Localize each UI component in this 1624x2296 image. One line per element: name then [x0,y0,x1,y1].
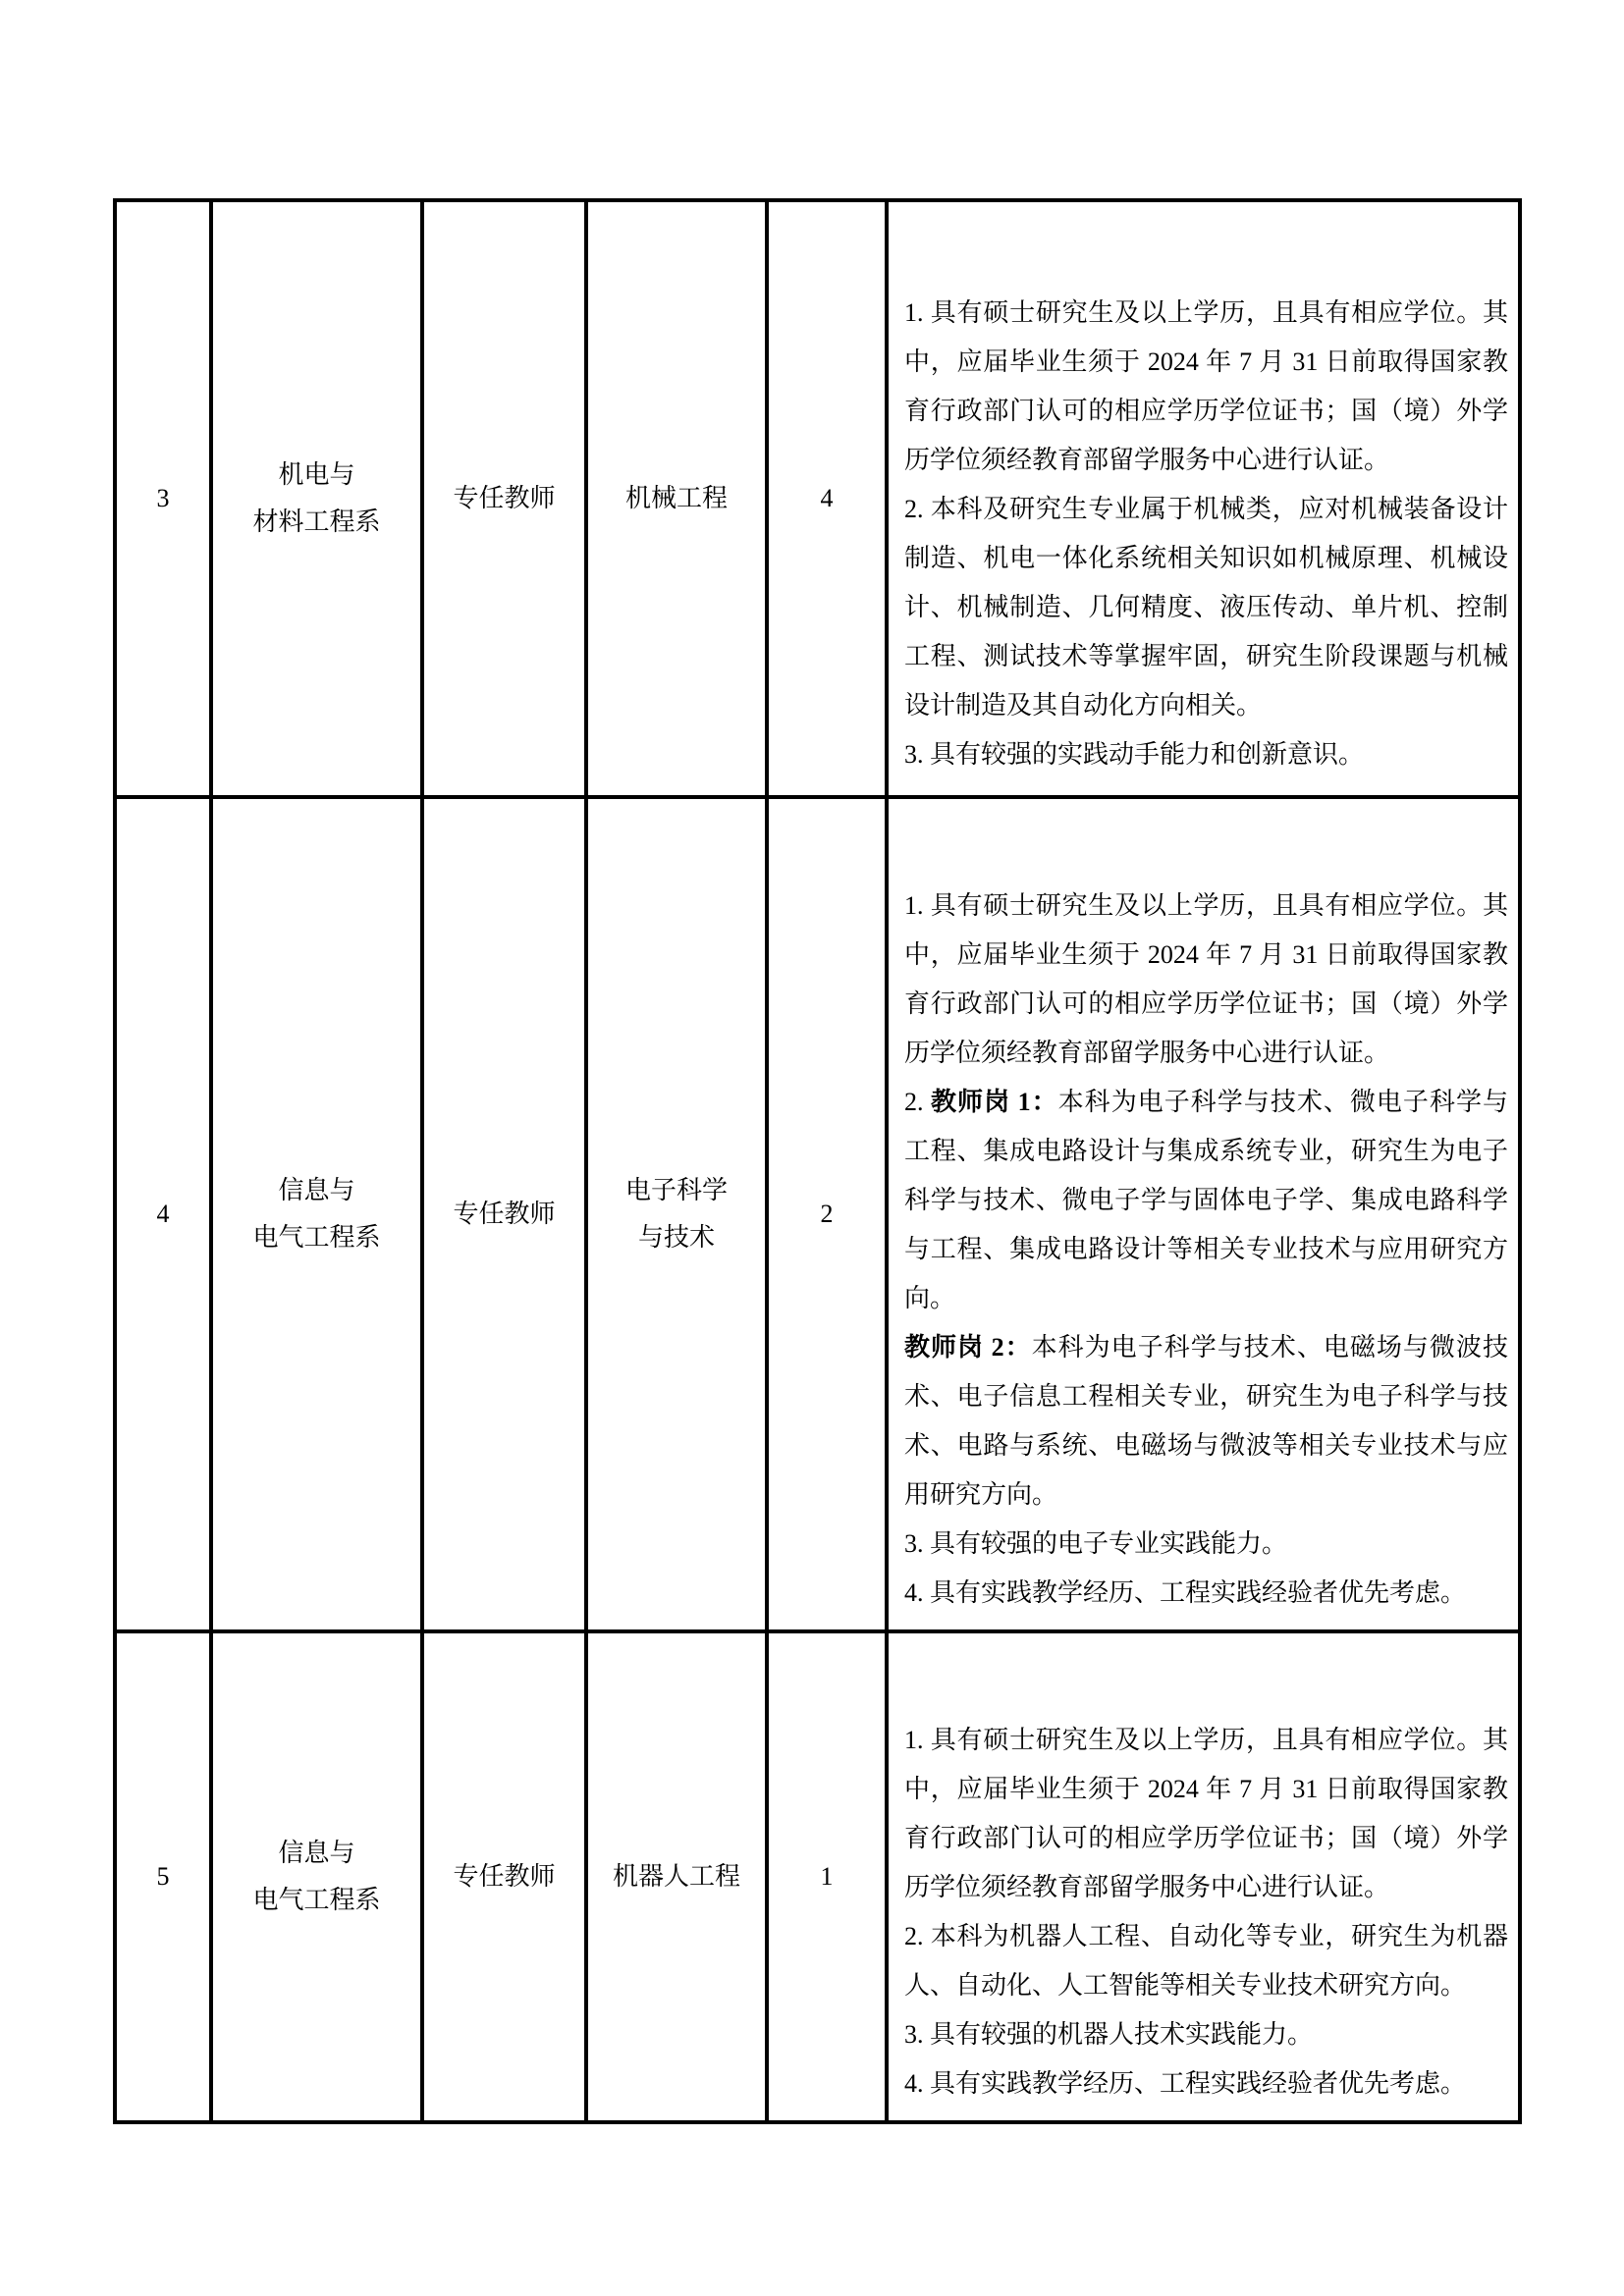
text-segment: 1. 具有硕士研究生及以上学历，且具有相应学位。其中，应届毕业生须于 2024 … [904,1726,1508,1901]
major-cell: 机械工程 [586,200,767,797]
count-cell: 1 [767,1631,887,2122]
position-cell: 专任教师 [422,797,586,1631]
row-number-cell: 5 [115,1631,211,2122]
requirement-paragraph: 教师岗 2：本科为电子科学与技术、电磁场与微波技术、电子信息工程相关专业，研究生… [904,1323,1508,1520]
text-segment: 4. 具有实践教学经历、工程实践经验者优先考虑。 [904,1578,1466,1607]
recruitment-table: 3 机电与材料工程系 专任教师 机械工程 4 1. 具有硕士研究生及以上学历，且… [113,198,1522,2124]
text-segment: 3. 具有较强的机器人技术实践能力。 [904,2020,1313,2049]
table-row: 3 机电与材料工程系 专任教师 机械工程 4 1. 具有硕士研究生及以上学历，且… [115,200,1520,797]
requirement-paragraph: 3. 具有较强的电子专业实践能力。 [904,1520,1508,1569]
department-cell: 机电与材料工程系 [211,200,422,797]
requirement-paragraph: 2. 本科及研究生专业属于机械类，应对机械装备设计制造、机电一体化系统相关知识如… [904,485,1508,730]
requirement-paragraph: 1. 具有硕士研究生及以上学历，且具有相应学位。其中，应届毕业生须于 2024 … [904,289,1508,485]
text-segment: 2. 本科为机器人工程、自动化等专业，研究生为机器人、自动化、人工智能等相关专业… [904,1922,1508,2000]
requirement-paragraph: 1. 具有硕士研究生及以上学历，且具有相应学位。其中，应届毕业生须于 2024 … [904,1716,1508,1912]
text-line: 机械工程 [592,475,761,522]
major-cell: 机器人工程 [586,1631,767,2122]
text-segment: 1. 具有硕士研究生及以上学历，且具有相应学位。其中，应届毕业生须于 2024 … [904,298,1508,474]
count-cell: 2 [767,797,887,1631]
requirement-paragraph: 3. 具有较强的实践动手能力和创新意识。 [904,730,1508,779]
text-line: 电子科学 [592,1167,761,1214]
department-cell: 信息与电气工程系 [211,1631,422,2122]
text-line: 信息与 [217,1167,416,1214]
text-segment: 4. 具有实践教学经历、工程实践经验者优先考虑。 [904,2069,1466,2098]
requirement-paragraph: 4. 具有实践教学经历、工程实践经验者优先考虑。 [904,1569,1508,1618]
text-line: 机电与 [217,452,416,499]
requirement-paragraph: 4. 具有实践教学经历、工程实践经验者优先考虑。 [904,2059,1508,2109]
bold-post-label: 教师岗 2： [904,1333,1032,1362]
requirement-paragraph: 1. 具有硕士研究生及以上学历，且具有相应学位。其中，应届毕业生须于 2024 … [904,881,1508,1078]
requirement-paragraph: 2. 教师岗 1：本科为电子科学与技术、微电子科学与工程、集成电路设计与集成系统… [904,1078,1508,1323]
text-segment: 本科为电子科学与技术、微电子科学与工程、集成电路设计与集成系统专业，研究生为电子… [904,1088,1508,1312]
position-cell: 专任教师 [422,1631,586,2122]
text-segment: 2. 本科及研究生专业属于机械类，应对机械装备设计制造、机电一体化系统相关知识如… [904,495,1508,720]
text-segment: 2. [904,1088,931,1116]
requirement-paragraph: 3. 具有较强的机器人技术实践能力。 [904,2010,1508,2059]
table-row: 4 信息与电气工程系 专任教师 电子科学与技术 2 1. 具有硕士研究生及以上学… [115,797,1520,1631]
position-cell: 专任教师 [422,200,586,797]
bold-post-label: 教师岗 1： [931,1088,1058,1116]
row-number-cell: 4 [115,797,211,1631]
text-line: 电气工程系 [217,1214,416,1261]
text-segment: 3. 具有较强的电子专业实践能力。 [904,1529,1287,1558]
text-segment: 3. 具有较强的实践动手能力和创新意识。 [904,740,1364,769]
table-row: 5 信息与电气工程系 专任教师 机器人工程 1 1. 具有硕士研究生及以上学历，… [115,1631,1520,2122]
count-cell: 4 [767,200,887,797]
department-cell: 信息与电气工程系 [211,797,422,1631]
text-line: 信息与 [217,1830,416,1877]
text-line: 机器人工程 [592,1853,761,1900]
row-number-cell: 3 [115,200,211,797]
text-line: 电气工程系 [217,1877,416,1924]
text-line: 与技术 [592,1214,761,1261]
requirements-cell: 1. 具有硕士研究生及以上学历，且具有相应学位。其中，应届毕业生须于 2024 … [887,1631,1520,2122]
document-page: 3 机电与材料工程系 专任教师 机械工程 4 1. 具有硕士研究生及以上学历，且… [0,0,1624,2296]
requirement-paragraph: 2. 本科为机器人工程、自动化等专业，研究生为机器人、自动化、人工智能等相关专业… [904,1912,1508,2010]
requirements-cell: 1. 具有硕士研究生及以上学历，且具有相应学位。其中，应届毕业生须于 2024 … [887,200,1520,797]
requirements-cell: 1. 具有硕士研究生及以上学历，且具有相应学位。其中，应届毕业生须于 2024 … [887,797,1520,1631]
text-segment: 1. 具有硕士研究生及以上学历，且具有相应学位。其中，应届毕业生须于 2024 … [904,891,1508,1067]
text-line: 材料工程系 [217,499,416,546]
major-cell: 电子科学与技术 [586,797,767,1631]
